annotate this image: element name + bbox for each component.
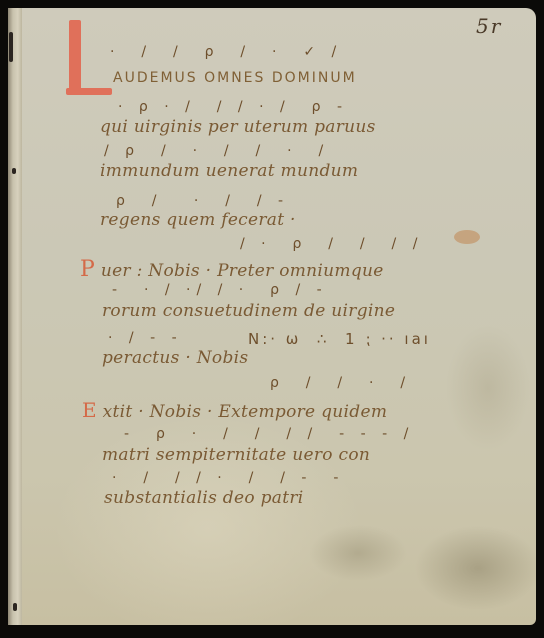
text-line-5: P uer : Nobis · Preter omniumque xyxy=(80,257,384,282)
folio-number: 5r xyxy=(476,14,502,38)
rubric-initial-P: P xyxy=(80,257,95,282)
neumes-line-5: / · ρ / / / / xyxy=(240,236,423,252)
binding-gutter xyxy=(8,8,22,625)
neumes-line-8: ρ / / · / xyxy=(270,375,411,391)
marginal-neumes: N:· ω ∴ 1 ⁏ ·· ıaı xyxy=(248,330,431,348)
neumes-line-6: - · / ·/ / · ρ / - xyxy=(112,282,328,298)
text-line-8: E xtit · Nobis · Extempore quidem xyxy=(82,398,387,422)
binding-hole xyxy=(12,168,16,174)
text-line-6: rorum consuetudinem de uirgine xyxy=(102,301,395,321)
neumes-line-4: ρ / · / / - xyxy=(116,193,289,209)
neumes-line-1: · / / ρ / · ✓ / xyxy=(110,44,342,60)
rubric-initial-L xyxy=(66,20,114,96)
text-line-9: matri sempiternitate uero con xyxy=(102,445,370,465)
binding-hole xyxy=(9,32,13,62)
stain xyxy=(454,230,480,244)
neumes-line-3: / ρ / · / / · / xyxy=(104,143,329,159)
text-line-7: peractus · Nobis xyxy=(102,348,248,368)
text-line-4: regens quem fecerat · xyxy=(100,210,296,230)
neumes-line-2: · ρ · / / / · / ρ - xyxy=(118,99,348,115)
text-line-1: AUDEMUS OMNES DOMINUM xyxy=(113,70,357,86)
text-line-3: immundum uenerat mundum xyxy=(100,161,358,181)
binding-hole xyxy=(13,603,17,611)
neumes-line-10: · / / / · / / - - xyxy=(112,470,344,486)
neumes-line-7: · / - - xyxy=(108,330,183,346)
text-line-10: substantialis deo patri xyxy=(104,488,304,508)
neumes-line-9: - ρ · / / / / - - - / xyxy=(124,426,414,442)
rubric-initial-E: E xyxy=(82,398,97,422)
text-line-2: qui uirginis per uterum paruus xyxy=(100,117,376,137)
